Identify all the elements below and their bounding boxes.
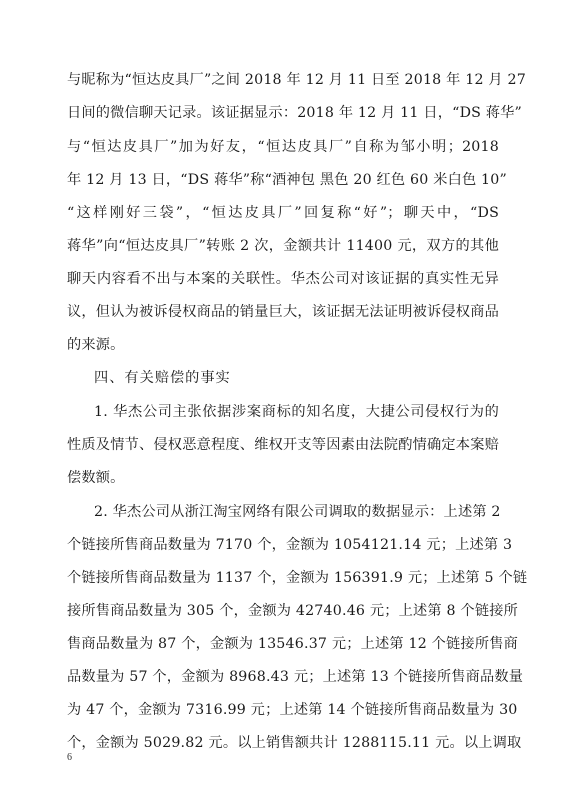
text-line: 性质及情节、侵权恶意程度、维权开支等因素由法院酌情确定本案赔 (67, 435, 499, 455)
text-line: 2. 华杰公司从浙江淘宝网络有限公司调取的数据显示：上述第 2 (94, 502, 499, 522)
text-line: “这样刚好三袋”，“恒达皮具厂”回复称“好”；聊天中，“DS (67, 203, 499, 223)
text-line: 接所售商品数量为 305 个，金额为 42740.46 元；上述第 8 个链接所 (67, 601, 499, 621)
text-line: 与昵称为“恒达皮具厂”之间 2018 年 12 月 11 日至 2018 年 1… (67, 70, 499, 90)
text-line: 个链接所售商品数量为 1137 个，金额为 156391.9 元；上述第 5 个… (67, 568, 499, 588)
text-line: 年 12 月 13 日，“DS 蒋华”称“酒神包 黑色 20 红色 60 米白色… (67, 170, 499, 190)
text-line: 售商品数量为 87 个，金额为 13546.37 元；上述第 12 个链接所售商 (67, 634, 499, 654)
text-line: 偿数额。 (67, 468, 499, 488)
text-line: 个，金额为 5029.82 元。以上销售额共计 1288115.11 元。以上调… (67, 733, 499, 753)
text-line: 个链接所售商品数量为 7170 个，金额为 1054121.14 元；上述第 3 (67, 535, 499, 555)
text-line: 1. 华杰公司主张依据涉案商标的知名度，大捷公司侵权行为的 (94, 402, 499, 422)
section-heading: 四、有关赔偿的事实 (94, 368, 231, 388)
text-line: 议，但认为被诉侵权商品的销量巨大，该证据无法证明被诉侵权商品 (67, 302, 499, 322)
text-line: 蒋华”向“恒达皮具厂”转账 2 次，金额共计 11400 元，双方的其他 (67, 236, 499, 256)
page-number: 6 (67, 752, 72, 763)
text-line: 与“恒达皮具厂”加为好友，“恒达皮具厂”自称为邹小明；2018 (67, 137, 499, 157)
text-line: 为 47 个，金额为 7316.99 元；上述第 14 个链接所售商品数量为 3… (67, 700, 499, 720)
text-line: 聊天内容看不出与本案的关联性。华杰公司对该证据的真实性无异 (67, 269, 499, 289)
document-page: 与昵称为“恒达皮具厂”之间 2018 年 12 月 11 日至 2018 年 1… (0, 0, 565, 800)
text-line: 的来源。 (67, 335, 499, 355)
text-line: 品数量为 57 个，金额为 8968.43 元；上述第 13 个链接所售商品数量 (67, 667, 499, 687)
text-line: 日间的微信聊天记录。该证据显示：2018 年 12 月 11 日，“DS 蒋华” (67, 103, 499, 123)
